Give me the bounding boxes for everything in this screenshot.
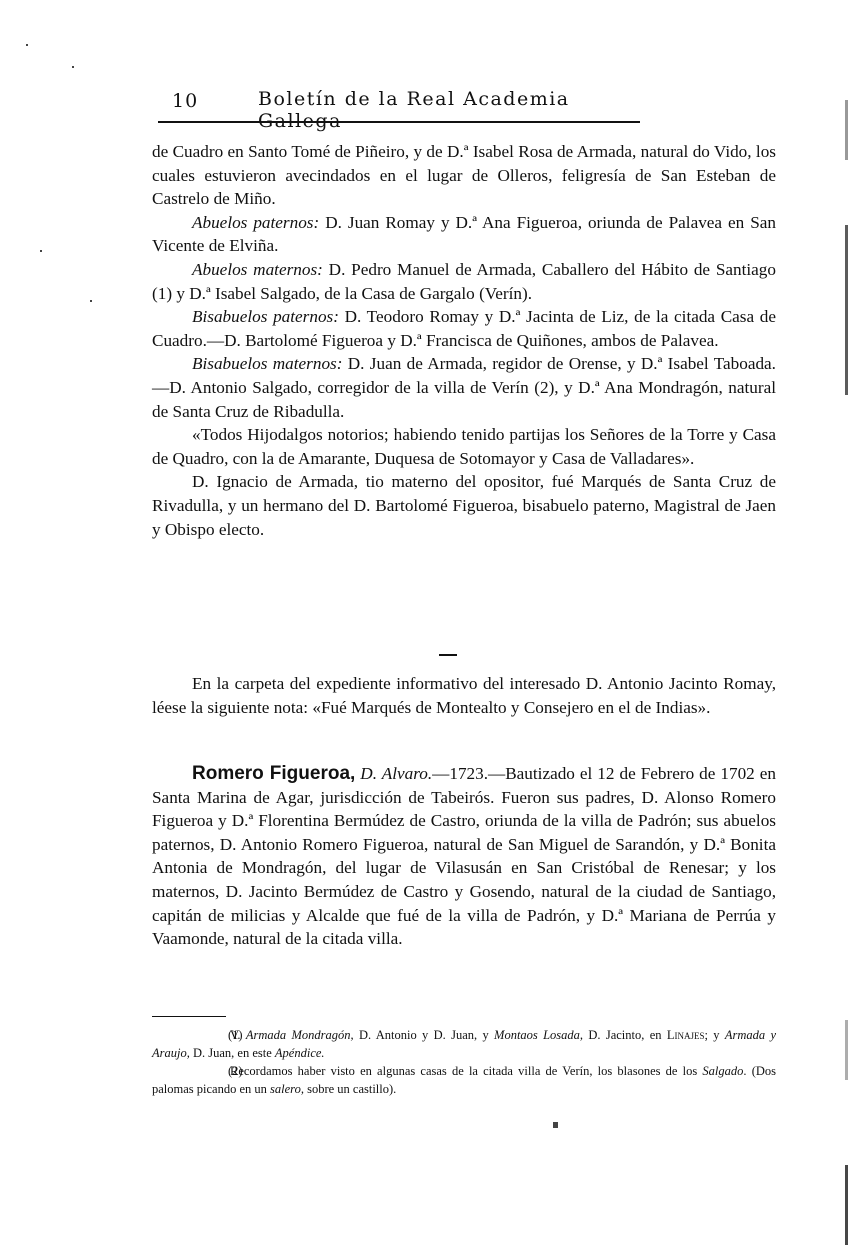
paragraph-bisabuelos-maternos: Bisabuelos maternos: D. Juan de Armada, … (152, 352, 776, 423)
footnote-2-mark: (2) (190, 1062, 230, 1080)
section-carpeta-note: En la carpeta del expediente informativo… (152, 672, 776, 719)
section-romay-genealogy: de Cuadro en Santo Tomé de Piñeiro, y de… (152, 140, 776, 541)
header-rule (158, 121, 640, 123)
footnote-italic: salero, (270, 1082, 304, 1096)
scan-speck (90, 300, 92, 302)
paragraph-romero: Romero Figueroa, D. Alvaro.—1723.—Bautiz… (152, 762, 776, 951)
scan-edge-artifact (845, 1165, 848, 1245)
footnote-italic: Montaos Losada, (494, 1028, 583, 1042)
scan-edge-artifact (845, 100, 848, 160)
footnote-text: D. Juan, en este (190, 1046, 275, 1060)
scan-speck (553, 1122, 558, 1128)
paragraph-carpeta: En la carpeta del expediente informativo… (152, 672, 776, 719)
footnote-italic: Apéndice. (275, 1046, 325, 1060)
footnote-text: sobre un castillo). (304, 1082, 396, 1096)
entry-given-name: D. Alvaro. (355, 764, 432, 783)
footnote-text: ; y (704, 1028, 724, 1042)
scan-speck (72, 66, 74, 68)
footnote-1: (1)V. Armada Mondragón, D. Antonio y D. … (152, 1026, 776, 1062)
page-number: 10 (172, 90, 198, 112)
footnote-2: (2)Recordamos haber visto en algunas cas… (152, 1062, 776, 1098)
footnote-text: D. Jacinto, en (583, 1028, 667, 1042)
paragraph-abuelos-maternos: Abuelos maternos: D. Pedro Manuel de Arm… (152, 258, 776, 305)
label-abuelos-maternos: Abuelos maternos: (192, 260, 323, 279)
running-title: Boletín de la Real Academia Gallega (258, 88, 648, 132)
scan-speck (40, 250, 42, 252)
paragraph-abuelos-paternos: Abuelos paternos: D. Juan Romay y D.ª An… (152, 211, 776, 258)
footnote-italic: Salgado (702, 1064, 743, 1078)
paragraph-ignacio: D. Ignacio de Armada, tio materno del op… (152, 470, 776, 541)
entry-body: —1723.—Bautizado el 12 de Febrero de 170… (152, 764, 776, 948)
footnote-rule (152, 1016, 226, 1017)
footnote-text: V. (230, 1028, 246, 1042)
label-abuelos-paternos: Abuelos paternos: (192, 213, 319, 232)
page-header: 10 Boletín de la Real Academia Gallega (158, 86, 648, 116)
paragraph-quote: «Todos Hijodalgos notorios; habiendo ten… (152, 423, 776, 470)
paragraph-bisabuelos-paternos: Bisabuelos paternos: D. Teodoro Romay y … (152, 305, 776, 352)
paragraph-intro: de Cuadro en Santo Tomé de Piñeiro, y de… (152, 140, 776, 211)
entry-surname: Romero Figueroa, (192, 763, 355, 784)
scan-edge-artifact (845, 225, 848, 395)
section-separator-dash (439, 654, 457, 656)
footnote-smallcaps: Linajes (667, 1028, 705, 1042)
footnote-text: D. Antonio y D. Juan, y (354, 1028, 494, 1042)
footnote-italic: Armada Mondragón, (246, 1028, 354, 1042)
scan-speck (26, 44, 28, 46)
label-bisabuelos-maternos: Bisabuelos maternos: (192, 354, 342, 373)
scan-edge-artifact (845, 1020, 848, 1080)
label-bisabuelos-paternos: Bisabuelos paternos: (192, 307, 339, 326)
footnote-text: Recordamos haber visto en algunas casas … (230, 1064, 702, 1078)
footnotes: (1)V. Armada Mondragón, D. Antonio y D. … (152, 1026, 776, 1098)
footnote-1-mark: (1) (190, 1026, 230, 1044)
section-romero-figueroa: Romero Figueroa, D. Alvaro.—1723.—Bautiz… (152, 762, 776, 951)
scanned-page: 10 Boletín de la Real Academia Gallega d… (0, 0, 850, 1245)
